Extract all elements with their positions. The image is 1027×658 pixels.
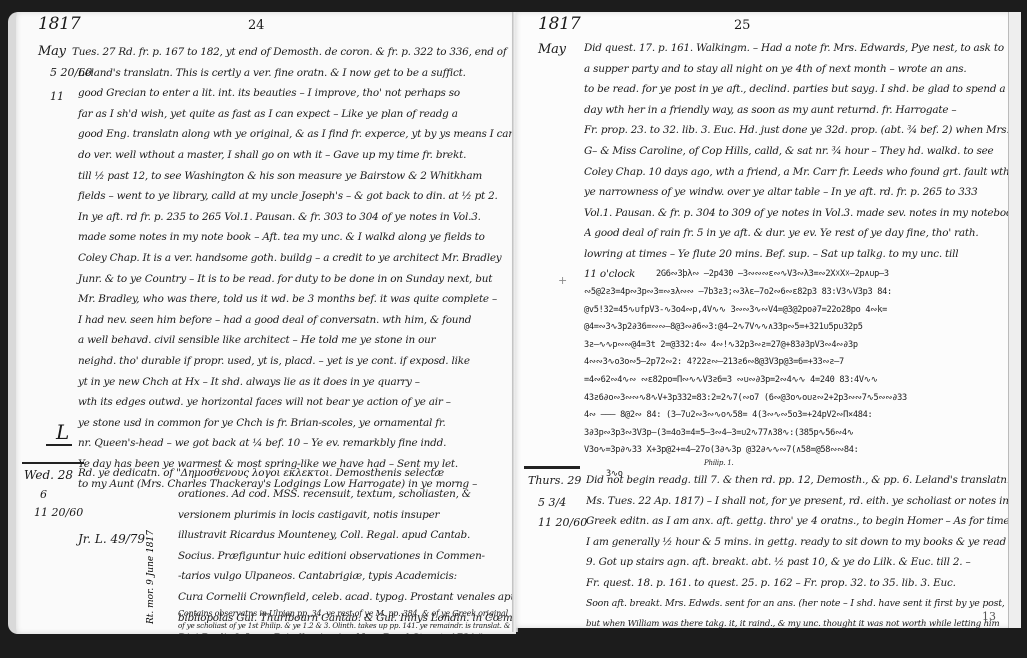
text-line: good Eng. translatn along wth ye origina… <box>72 124 515 145</box>
text-line: day wth her in a friendly way, as soon a… <box>584 100 1014 121</box>
right-page-year: 1817 <box>538 14 580 35</box>
entry-divider-rule <box>22 462 84 464</box>
text-line: a supper party and to stay all night on … <box>584 59 1014 80</box>
text-line: Vol.1. Pausan. & fr. p. 304 to 309 of ye… <box>584 203 1014 224</box>
text-line: orationes. Ad cod. MSS. recensuit, textu… <box>178 484 516 505</box>
text-line: good Grecian to enter a lit. int. its be… <box>72 83 515 104</box>
cipher-line: V3o∿=3p∂∿33 X+3p@2+=4–27o(3∂∿3p @32∂∿∿∾7… <box>584 442 907 460</box>
diary-spread: 1817 24 May 5 20/60 11 Tues. 27 Rd. fr. … <box>8 12 1020 646</box>
cipher-line: 43ƨ6∂o∾3∾∾∿8∿V+3p332=83:2=2∿7(∾o7 (6∾@3o… <box>584 390 907 408</box>
text-line: Socius. Præfiguntur huic editioni observ… <box>178 546 516 567</box>
text-line: lowring at times – Ye flute 20 mins. Bef… <box>584 244 1014 265</box>
text-line: wth its edges outwd. ye horizontal faces… <box>72 392 515 413</box>
margin-reading-count: Jr. L. 49/79 <box>78 532 145 546</box>
entry-may-27: Tues. 27 Rd. fr. p. 167 to 182, yt end o… <box>72 42 515 495</box>
text-line: In ye aft. rd fr. p. 235 to 265 Vol.1. P… <box>72 207 515 228</box>
left-page: 1817 24 May 5 20/60 11 Tues. 27 Rd. fr. … <box>8 12 516 634</box>
text-line: Fr. prop. 23. to 32. lib. 3. Euc. Hd. ju… <box>584 120 1014 141</box>
left-page-year: 1817 <box>38 14 80 35</box>
text-line: Did not begin readg. till 7. & then rd. … <box>586 470 1014 491</box>
text-line: 11 o'clock <box>584 264 635 285</box>
cipher-line: 3ƨ–∿∿p∾∾@4=3t 2=@332:4∾ 4∾!∿32p3∾ƨ=27@+8… <box>584 337 907 355</box>
margin-time-rise: 5 3/4 <box>538 496 566 509</box>
cipher-line: 4∾∾3∿o3o∾5–2p72∾2: 4?22ƨ∾–213ƨ6∾8@3V3p@3… <box>584 354 907 372</box>
cipher-line: @4=∾3∿3p2∂36=∾∾–8@3∾∂6∾3:@4–2∿7V∿∿∧33p∾5… <box>584 319 907 337</box>
text-line: G– & Miss Caroline, of Cop Hills, calld,… <box>584 141 1014 162</box>
text-line: A good deal of rain fr. 5 in ye aft. & d… <box>584 223 1014 244</box>
margin-time-rise: 6 <box>40 488 47 501</box>
entry-may-27-continued: Did quest. 17. p. 161. Walkingm. – Had a… <box>584 38 1014 265</box>
text-line: far as I sh'd wish, yet quite as fast as… <box>72 104 515 125</box>
text-line: versionem plurimis in locis castigavit, … <box>178 505 516 526</box>
entry-wed-28-first-line: Rd. ye dedicatn. of "Δημοσθενους λογοι ε… <box>78 463 444 484</box>
text-line: Greek editn. as I am anx. aft. gettg. th… <box>586 511 1014 532</box>
text-line: ye stone usd in common for ye Chch is fr… <box>72 413 515 434</box>
text-line: Junr. & to ye Country – It is to be read… <box>72 269 515 290</box>
page-edge <box>1008 12 1021 628</box>
text-line: Soon aft. breakt. Mrs. Edwds. sent for a… <box>586 594 1014 615</box>
text-line: to be read. for ye post in ye aft., decl… <box>584 79 1014 100</box>
margin-time-bed: 11 <box>50 90 64 103</box>
text-line: of ye scholiast of ye 1st Philip. & ye 1… <box>178 620 516 632</box>
vertical-margin-note: Rt. mor. 9 June 1817 <box>146 530 156 624</box>
text-line: made some notes in my note book – Aft. t… <box>72 227 515 248</box>
text-line: I had nev. seen him before – had a good … <box>72 310 515 331</box>
right-page: 1817 25 May Did quest. 17. p. 161. Walki… <box>516 12 1014 628</box>
entry-date-wed-28: Wed. 28 <box>24 468 73 482</box>
text-line: ye narrowness of ye windw. over ye altar… <box>584 182 1014 203</box>
entry-date-thurs-29: Thurs. 29 <box>528 474 581 487</box>
text-line: Ms. Tues. 22 Ap. 1817) – I shall not, fo… <box>586 491 1014 512</box>
text-line: I am generally ½ hour & 5 mins. in gettg… <box>586 532 1014 553</box>
margin-time-bed: 11 20/60 <box>538 516 587 529</box>
cipher-first-line: 2G6∾3þλ∾ –2p430 –3∾∾∾ɛ∾∿V3∾λ3=∾2X☓X☓–2p∧… <box>656 264 889 285</box>
text-line: Tues. 27 Rd. fr. p. 167 to 182, yt end o… <box>72 42 515 63</box>
text-line: Contains observatns in Ulpian pp. 34. ye… <box>178 608 516 620</box>
cipher-line: ∾5@2ƨ3=4p∾3p∾3=∾ɜλ∾∾ –7b3ƨ3;∾3λɛ–7o2∾6∾ɛ… <box>584 284 907 302</box>
left-page-number: 24 <box>248 16 264 37</box>
entry-wed-28-footnote: Contains observatns in Ulpian pp. 34. ye… <box>178 608 516 632</box>
text-line: nr. Queen's-head – we got back at ¼ bef.… <box>72 433 515 454</box>
margin-underline <box>46 444 72 446</box>
interlinear-note: Philip. 1. <box>704 458 734 468</box>
text-line: but when William was there takg. it, it … <box>586 614 1014 628</box>
margin-cross-mark: + <box>558 274 567 287</box>
cipher-line: 3∂3p∾3p3∾3V3p–(3=4o3=4=5–3∾4–3=∪2∿77∧38∿… <box>584 425 907 443</box>
folio-number: 13 <box>982 610 996 623</box>
text-line: a well behavd. civil sensible like archi… <box>72 330 515 351</box>
text-line: 9. Got up stairs agn. aft. breakt. abt. … <box>586 552 1014 573</box>
text-line: Coley Chap. 10 days ago, wth a friend, a… <box>584 162 1014 183</box>
text-line: Fr. quest. 18. p. 161. to quest. 25. p. … <box>586 573 1014 594</box>
text-line: Did quest. 17. p. 161. Walkingm. – Had a… <box>584 38 1014 59</box>
left-page-month: May <box>38 42 66 63</box>
text-line: Leland's translatn. This is certly a ver… <box>72 63 515 84</box>
margin-time-bed: 11 20/60 <box>34 506 83 519</box>
right-page-month: May <box>538 40 566 61</box>
text-line: -tarios vulgo Ulpaneos. Cantabrigiæ, typ… <box>178 566 516 587</box>
text-line: fields – went to ye library, calld at my… <box>72 186 515 207</box>
text-line: do ver. well wthout a master, I shall go… <box>72 145 515 166</box>
cipher-line: =4∾62∾4∿∾ ∾ɛ82po=Π∾∿∿V3ƨ6=3 ∾∪∾∂3p=2∾4∿∿… <box>584 372 907 390</box>
text-line: Cura Cornelii Crownfield, celeb. acad. t… <box>178 587 516 608</box>
text-line: till ½ past 12, to see Washington & his … <box>72 166 515 187</box>
cipher-text-block: ∾5@2ƨ3=4p∾3p∾3=∾ɜλ∾∾ –7b3ƨ3;∾3λɛ–7o2∾6∾ɛ… <box>584 284 907 460</box>
cipher-line: @v5!32=45∿∪fpV3-∿3o4∾p,4V∿∿ 3∾∾3∿∾V4=@3@… <box>584 302 907 320</box>
text-line: Coley Chap. It is a ver. handsome goth. … <box>72 248 515 269</box>
cipher-line: 4∾ ——— 8@2∾ 84: (3–7∪2∾3∾∿o∿58= 4(3∾∿∾5o… <box>584 407 907 425</box>
text-line: yt in ye new Chch at Hx – It shd. always… <box>72 372 515 393</box>
entry-divider-rule <box>524 466 580 469</box>
right-page-number: 25 <box>734 16 750 37</box>
text-line: Mr. Bradley, who was there, told us it w… <box>72 289 515 310</box>
margin-symbol-l: L <box>56 420 69 444</box>
entry-thurs-29: Did not begin readg. till 7. & then rd. … <box>586 470 1014 628</box>
text-line: illustravit Ricardus Mounteney, Coll. Re… <box>178 525 516 546</box>
text-line: neighd. tho' durable if propr. used, yt … <box>72 351 515 372</box>
